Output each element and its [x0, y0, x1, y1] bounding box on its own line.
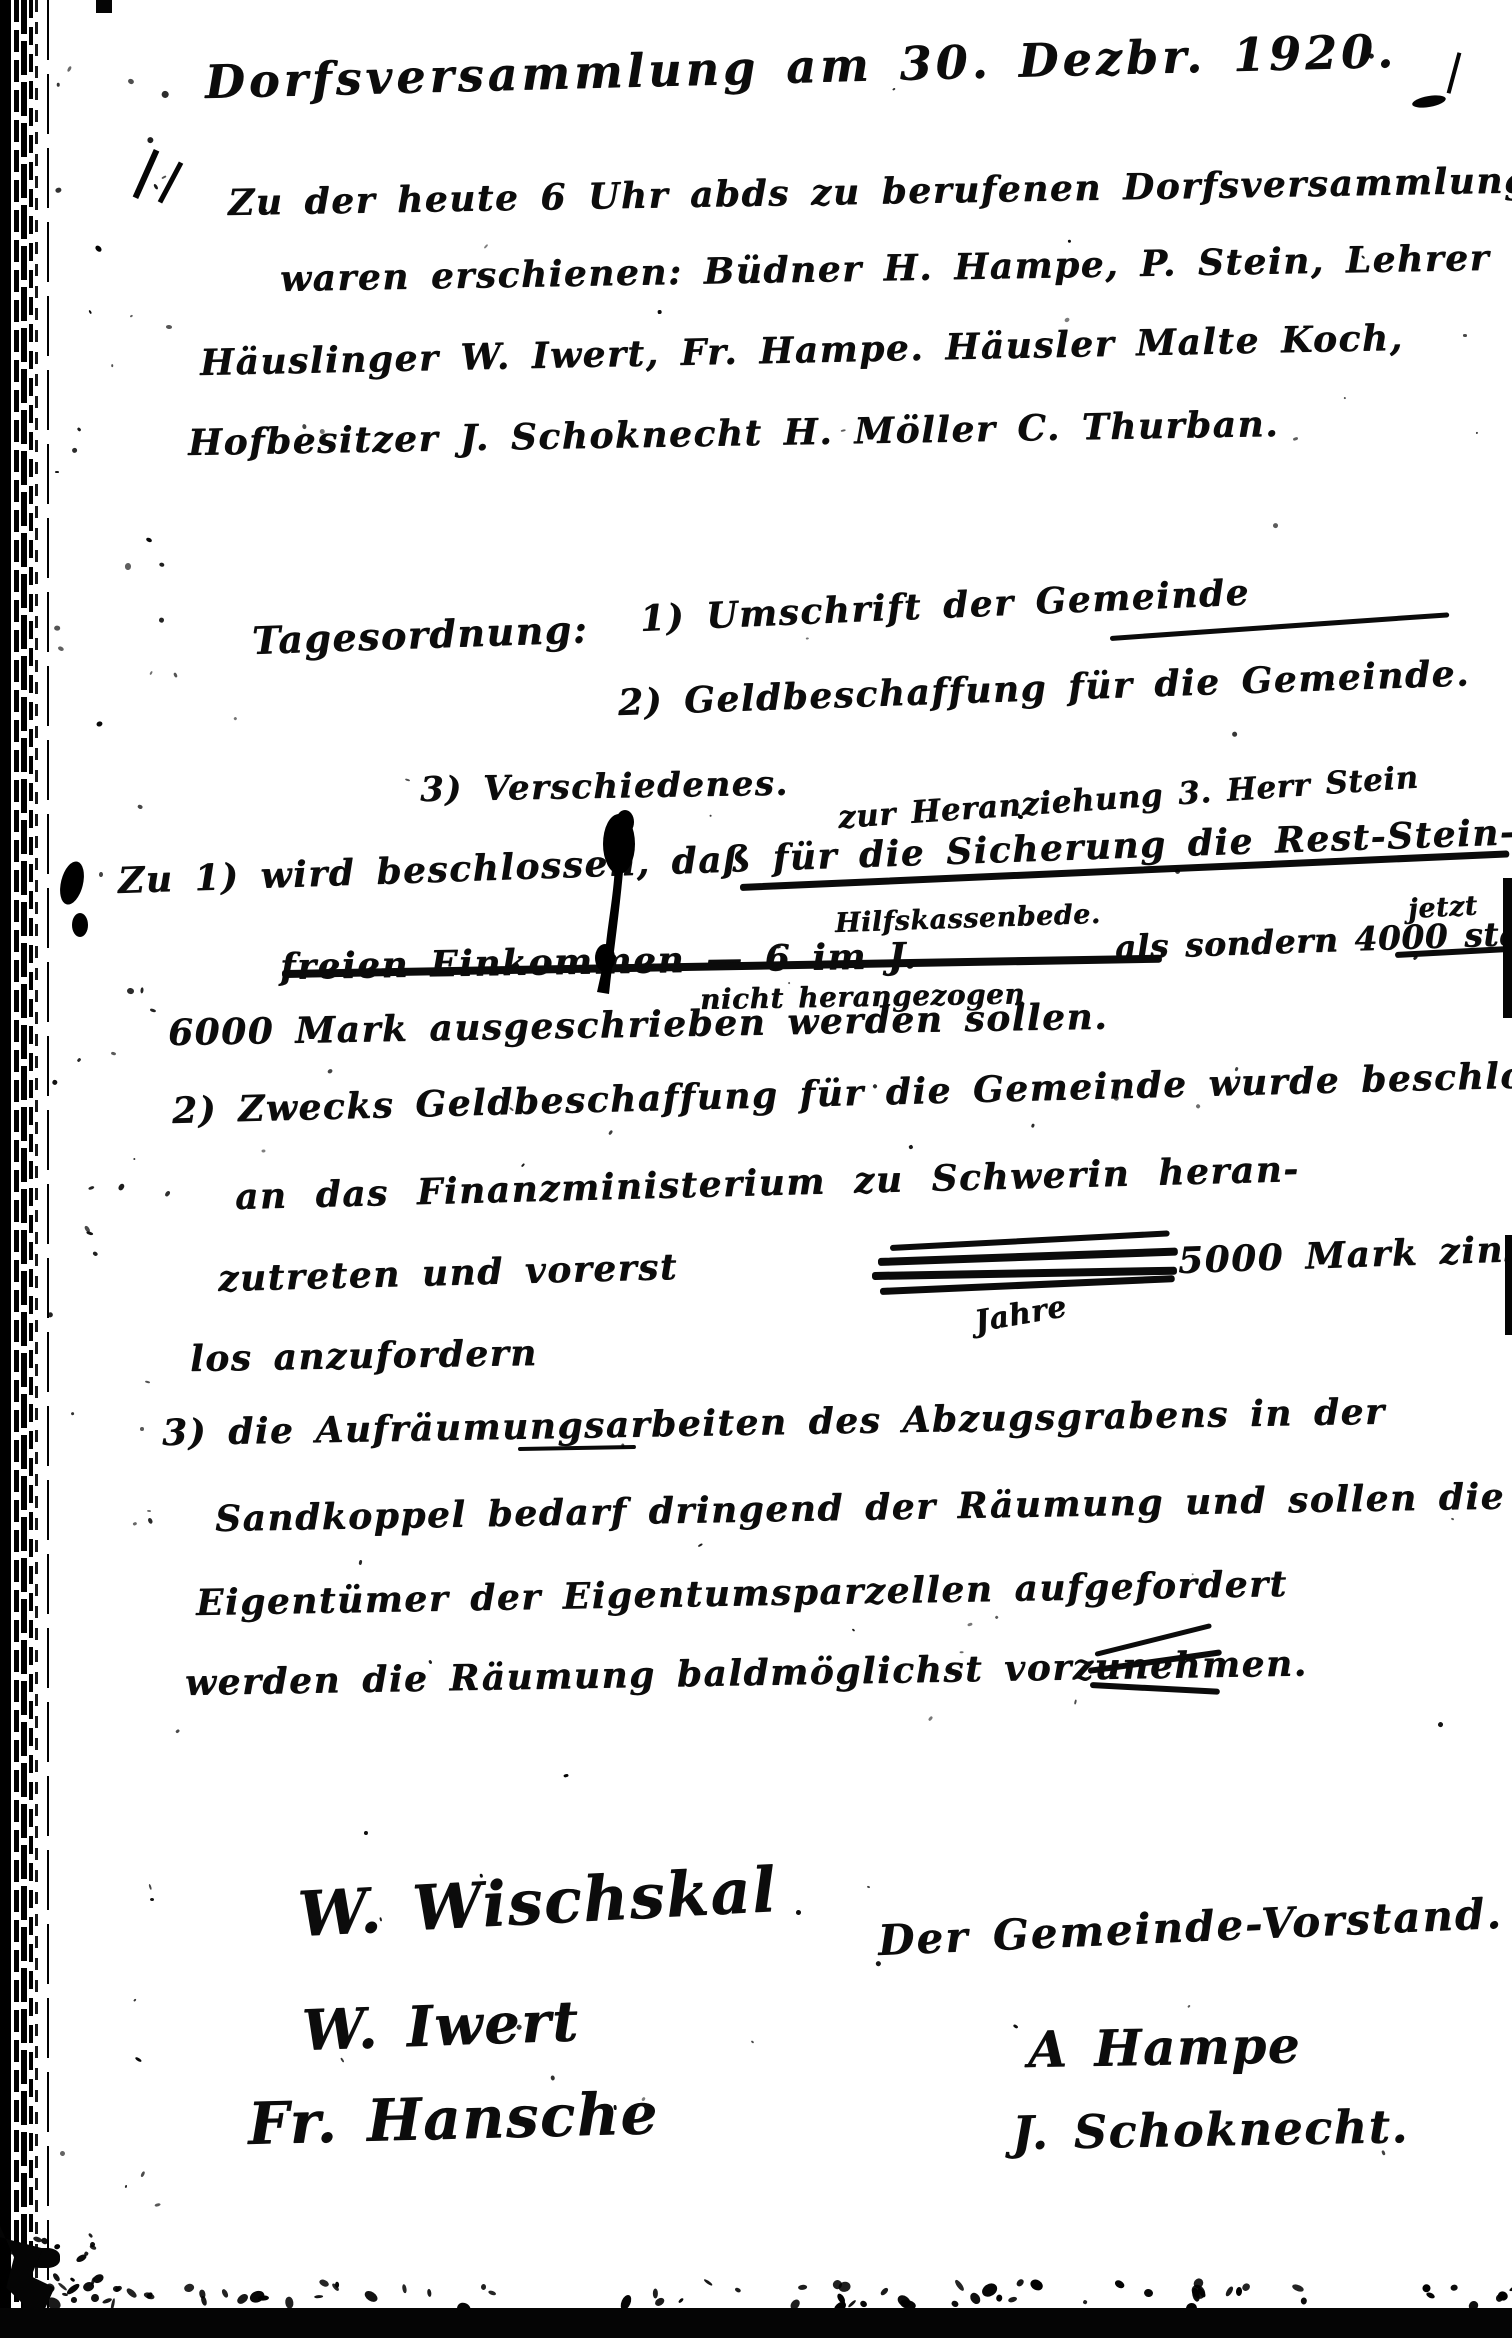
agenda-item-2: 2) Geldbeschaffung für die Gemeinde.: [617, 652, 1470, 724]
edge-mark: [1503, 878, 1512, 1018]
scan-mark: [1447, 52, 1462, 94]
resolution3-line-3: Eigentümer der Eigentumsparzellen aufgef…: [196, 1563, 1288, 1624]
resolution1-interline-1: Hilfskassenbede.: [834, 899, 1101, 939]
attendance-line-1: Zu der heute 6 Uhr abds zu berufenen Dor…: [228, 159, 1512, 224]
manuscript-page: Dorfsversammlung am 30. Dezbr. 1920. Zu …: [0, 0, 1512, 2338]
resolution3-line-1: 3) die Aufräumungsarbeiten des Abzugsgra…: [162, 1391, 1386, 1454]
scan-mark: [133, 149, 160, 199]
resolution1-line-2-right: als sondern 4000 statt: [1114, 913, 1512, 967]
ink-blot: [575, 806, 665, 1016]
resolution2-line-1: 2) Zwecks Geldbeschaffung für die Gemein…: [171, 1052, 1512, 1132]
gutter-fold-line: [47, 0, 49, 2338]
binding-thread-line: [35, 0, 38, 2338]
signature-right-2: J. Schoknecht.: [1012, 2099, 1410, 2160]
attendance-line-4: Hofbesitzer J. Schoknecht H. Möller C. T…: [188, 403, 1280, 464]
resolution2-line-3-right: 5000 Mark zinsen-: [1177, 1225, 1512, 1282]
heading-line: Dorfsversammlung am 30. Dezbr. 1920.: [204, 24, 1397, 109]
pen-connector-dash: [518, 1445, 636, 1451]
scan-smudge: [1411, 93, 1446, 110]
binding-edge: [0, 0, 11, 2338]
resolution2-below-word: Jahre: [972, 1289, 1070, 1340]
attendance-line-2: waren erschienen: Büdner H. Hampe, P. St…: [280, 233, 1512, 300]
agenda-item-3: 3) Verschiedenes.: [420, 764, 789, 810]
resolution3-line-2: Sandkoppel bedarf dringend der Räumung u…: [215, 1475, 1506, 1540]
signature-left-1: W. Wischskal: [296, 1853, 779, 1951]
bottom-scan-edge: [0, 2308, 1512, 2338]
attendance-line-3: Häuslinger W. Iwert, Fr. Hampe. Häusler …: [200, 317, 1404, 384]
binding-thread-line: [14, 0, 19, 2338]
agenda-item-1: 1) Umschrift der Gemeinde: [639, 571, 1251, 640]
resolution2-line-3-left: zutreten und vorerst: [217, 1246, 678, 1300]
signature-left-2: W. Iwert: [301, 1988, 581, 2064]
scan-mark: [158, 161, 184, 203]
resolution2-line-4: los anzufordern: [190, 1332, 538, 1380]
scanned-manuscript: { "colors": { "ink": "#0c0c0c", "paper":…: [0, 0, 1512, 2338]
scribble-resolution2-word: [890, 1230, 1170, 1251]
binding-thread-line: [29, 0, 33, 2338]
signature-left-3: Fr. Hansche: [247, 2079, 660, 2158]
binding-thread-line: [21, 0, 27, 2338]
resolution2-line-2: an das Finanzministerium zu Schwerin her…: [234, 1148, 1300, 1218]
scan-mark: [96, 0, 112, 13]
resolution3-line-4: werden die Räumung baldmöglichst vorzune…: [185, 1642, 1308, 1704]
signature-right-heading: Der Gemeinde-Vorstand.: [877, 1889, 1504, 1965]
agenda-label: Tagesordnung:: [251, 606, 589, 663]
resolution1-line-1: Zu 1) wird beschlossen, daß für die Sich…: [117, 811, 1512, 902]
signature-right-1: A Hampe: [1027, 2015, 1301, 2079]
edge-mark: [1505, 1235, 1512, 1335]
scribble-resolution2-word: [878, 1248, 1178, 1266]
margin-ink-drip: [50, 855, 100, 950]
